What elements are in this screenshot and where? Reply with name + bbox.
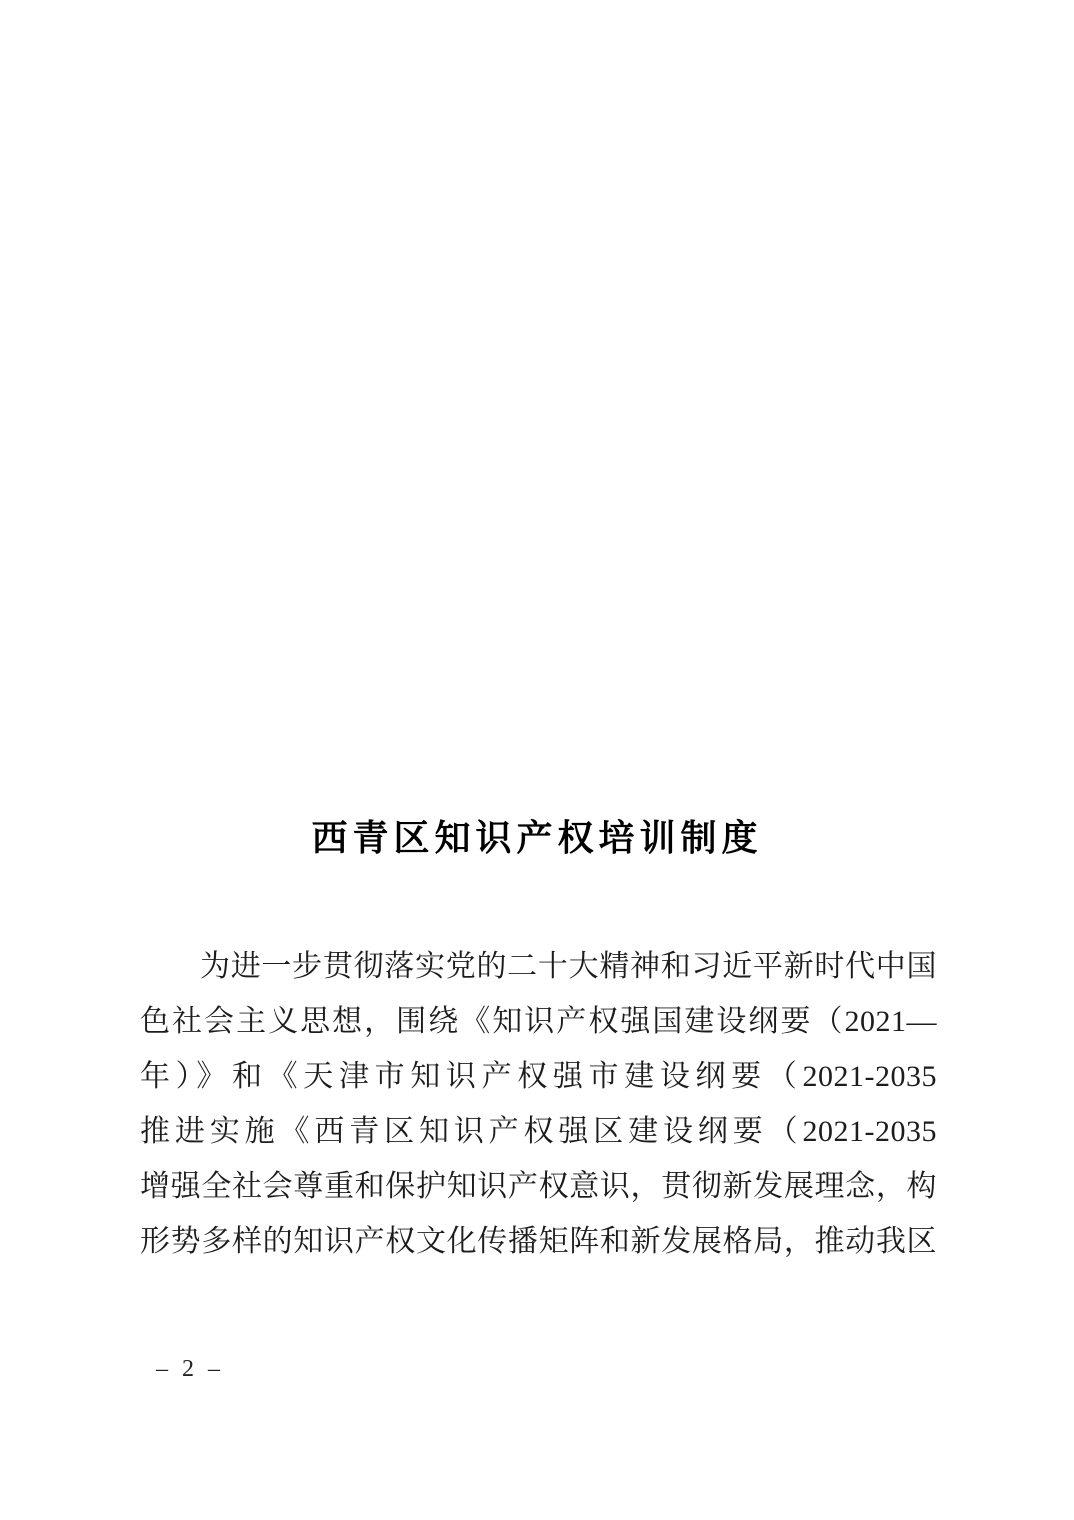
paragraph-line-4: 推进实施《西青区知识产权强区建设纲要（2021-2035 年）》， [140,1104,937,1159]
page-number: – 2 – [156,1356,224,1383]
document-title: 西青区知识产权培训制度 [0,810,1074,861]
paragraph-line-1: 为进一步贯彻落实党的二十大精神和习近平新时代中国特 [140,939,937,994]
paragraph-line-6: 形势多样的知识产权文化传播矩阵和新发展格局，推动我区经 [140,1214,937,1269]
paragraph-line-5: 增强全社会尊重和保护知识产权意识，贯彻新发展理念，构建 [140,1159,937,1214]
paragraph: 为进一步贯彻落实党的二十大精神和习近平新时代中国特 色社会主义思想，围绕《知识产… [140,939,937,1269]
document-page: 西青区知识产权培训制度 为进一步贯彻落实党的二十大精神和习近平新时代中国特 色社… [0,0,1074,1520]
paragraph-line-2: 色社会主义思想，围绕《知识产权强国建设纲要（2021—2035 [140,994,937,1049]
paragraph-line-3: 年）》和《天津市知识产权强市建设纲要（2021-2035 年）》， [140,1049,937,1104]
